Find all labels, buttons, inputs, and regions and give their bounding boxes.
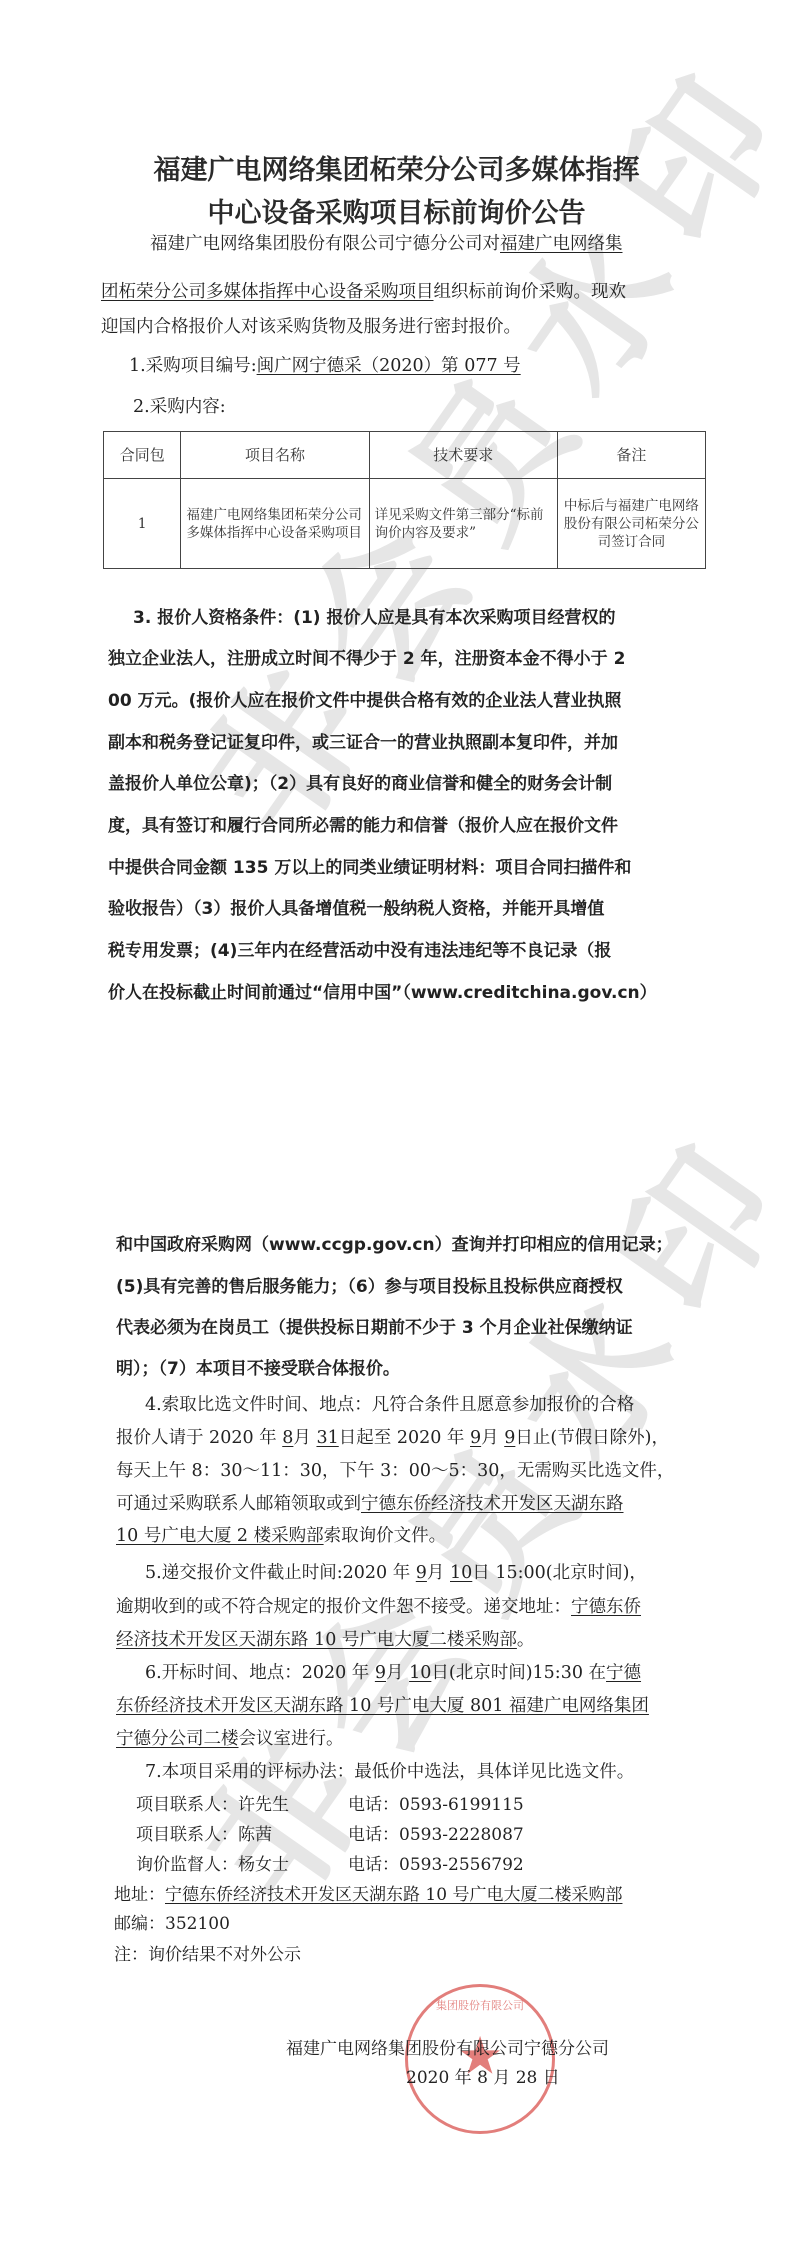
- text: 可通过采购联系人邮箱领取或到: [116, 1494, 361, 1514]
- address-underlined: 东侨经济技术开发区天湖东路 10 号广电大厦 801 福建广电网络集团: [116, 1696, 649, 1716]
- intro-line1: 福建广电网络集团股份有限公司宁德分公司对福建广电网络集: [150, 232, 623, 256]
- section3-line: 验收报告）（3）报价人具备增值税一般纳税人资格，并能开具增值: [108, 897, 604, 921]
- text: 报价人请于 2020 年: [116, 1428, 277, 1448]
- table-cell-requirement: 详见采购文件第三部分“标前询价内容及要求”: [369, 479, 557, 569]
- text: 6.开标时间、地点：2020 年: [145, 1663, 369, 1683]
- section6-line1: 6.开标时间、地点：2020 年 9月 10日(北京时间)15:30 在宁德: [145, 1661, 641, 1685]
- section3-continued-line: 明）；（7）本项目不接受联合体报价。: [116, 1357, 400, 1381]
- section3-line: 价人在投标截止时间前通过“信用中国”（www.creditchina.gov.c…: [108, 981, 657, 1005]
- address-underlined: 宁德分公司二楼: [116, 1729, 239, 1749]
- section5-line3: 经济技术开发区天湖东路 10 号广电大厦二楼采购部。: [116, 1628, 534, 1652]
- text: 日(北京时间)15:30 在: [431, 1663, 606, 1683]
- table-header: 技术要求: [369, 432, 557, 479]
- text: 索取询价文件。: [324, 1526, 447, 1546]
- table-cell-package: 1: [104, 479, 181, 569]
- section3-continued-line: (5)具有完善的售后服务能力；（6）参与项目投标且投标供应商授权: [116, 1275, 623, 1299]
- address-underlined: 宁德东侨: [571, 1597, 641, 1617]
- section3-line: 中提供合同金额 135 万以上的同类业绩证明材料：项目合同扫描件和: [108, 856, 631, 880]
- section3-line: 税专用发票；(4)三年内在经营活动中没有违法违纪等不良记录（报: [108, 939, 611, 963]
- section4-line4: 可通过采购联系人邮箱领取或到宁德东侨经济技术开发区天湖东路: [116, 1492, 624, 1516]
- section4-line5: 10 号广电大厦 2 楼采购部索取询价文件。: [116, 1524, 446, 1548]
- project-number-value: 闽广网宁德采（2020）第 077 号: [257, 356, 521, 376]
- section6-line3: 宁德分公司二楼会议室进行。: [116, 1727, 344, 1751]
- section6-line2: 东侨经济技术开发区天湖东路 10 号广电大厦 801 福建广电网络集团: [116, 1694, 649, 1718]
- project-name-underlined: 团柘荣分公司多媒体指挥中心设备采购项目: [101, 282, 434, 302]
- intro-line2: 团柘荣分公司多媒体指挥中心设备采购项目组织标前询价采购。现欢: [101, 280, 626, 304]
- contact-phone: 电话：0593-2556792: [348, 1853, 524, 1877]
- section3-line: 盖报价人单位公章)；（2）具有良好的商业信誉和健全的财务会计制: [108, 772, 612, 796]
- date-month: 9: [375, 1663, 386, 1683]
- document-title-line1: 福建广电网络集团柘荣分公司多媒体指挥: [0, 150, 793, 192]
- section1-project-number: 1.采购项目编号:闽广网宁德采（2020）第 077 号: [129, 354, 521, 378]
- address-underlined: 10 号广电大厦 2 楼采购部: [116, 1526, 324, 1546]
- address-underlined: 宁德东侨经济技术开发区天湖东路: [361, 1494, 624, 1514]
- contact-phone: 电话：0593-2228087: [348, 1823, 524, 1847]
- date-day: 10: [409, 1663, 431, 1683]
- text: 日止(节假日除外)，: [515, 1428, 669, 1448]
- section3-line: 副本和税务登记证复印件，或三证合一的营业执照副本复印件，并加: [108, 731, 618, 755]
- table-header: 备注: [557, 432, 705, 479]
- address-underlined: 经济技术开发区天湖东路 10 号广电大厦二楼采购部: [116, 1630, 517, 1650]
- date-day: 31: [316, 1428, 338, 1448]
- text: 。: [517, 1630, 535, 1650]
- signature-company: 福建广电网络集团股份有限公司宁德分公司: [286, 2037, 609, 2061]
- section3-continued-line: 和中国政府采购网（www.ccgp.gov.cn）查询并打印相应的信用记录；: [116, 1233, 673, 1257]
- date-month: 8: [282, 1428, 293, 1448]
- section5-line1: 5.递交报价文件截止时间:2020 年 9月 10日 15:00(北京时间)，: [145, 1561, 647, 1585]
- contact-role: 项目联系人：陈茜: [136, 1823, 272, 1847]
- signature-date: 2020 年 8 月 28 日: [406, 2066, 560, 2090]
- date-month: 9: [470, 1428, 481, 1448]
- section3-line: 00 万元。(报价人应在报价文件中提供合格有效的企业法人营业执照: [108, 689, 621, 713]
- text: 月: [293, 1428, 311, 1448]
- text: 5.递交报价文件截止时间:2020 年: [145, 1563, 410, 1583]
- contact-phone: 电话：0593-6199115: [348, 1793, 524, 1817]
- text: 组织标前询价采购。现欢: [434, 282, 627, 302]
- document-title-line2: 中心设备采购项目标前询价公告: [0, 193, 793, 235]
- address-label: 地址：: [114, 1885, 165, 1905]
- section2-label: 2.采购内容:: [133, 395, 226, 419]
- section4-line3: 每天上午 8：30～11：30，下午 3：00～5：30，无需购买比选文件，: [116, 1459, 674, 1483]
- section3-line: 独立企业法人，注册成立时间不得少于 2 年，注册资本金不得小于 2: [108, 647, 625, 671]
- table-cell-remark: 中标后与福建广电网络股份有限公司柘荣分公司签订合同: [557, 479, 705, 569]
- section5-line2: 逾期收到的或不符合规定的报价文件恕不接受。递交地址：宁德东侨: [116, 1595, 641, 1619]
- seal-text: 集团股份有限公司: [408, 1997, 552, 2013]
- text: 会议室进行。: [239, 1729, 344, 1749]
- text: 月: [386, 1663, 404, 1683]
- procurement-table: 合同包 项目名称 技术要求 备注 1 福建广电网络集团柘荣分公司多媒体指挥中心设…: [103, 431, 706, 569]
- section3-continued-line: 代表必须为在岗员工（提供投标日期前不少于 3 个月企业社保缴纳证: [116, 1316, 633, 1340]
- table-row: 1 福建广电网络集团柘荣分公司多媒体指挥中心设备采购项目 详见采购文件第三部分“…: [104, 479, 706, 569]
- table-header: 合同包: [104, 432, 181, 479]
- address-underlined: 宁德: [606, 1663, 641, 1683]
- address-line: 地址：宁德东侨经济技术开发区天湖东路 10 号广电大厦二楼采购部: [114, 1883, 622, 1907]
- table-header-row: 合同包 项目名称 技术要求 备注: [104, 432, 706, 479]
- section4-line2: 报价人请于 2020 年 8月 31日起至 2020 年 9月 9日止(节假日除…: [116, 1426, 669, 1450]
- project-name-underlined: 福建广电网络集: [500, 234, 623, 254]
- intro-line3: 迎国内合格报价人对该采购货物及服务进行密封报价。: [101, 315, 521, 339]
- text: 日起至 2020 年: [339, 1428, 465, 1448]
- section4-line1: 4.索取比选文件时间、地点：凡符合条件且愿意参加报价的合格: [145, 1393, 634, 1417]
- address-value: 宁德东侨经济技术开发区天湖东路 10 号广电大厦二楼采购部: [165, 1885, 622, 1905]
- table-header: 项目名称: [181, 432, 369, 479]
- postcode: 邮编：352100: [114, 1912, 230, 1936]
- text: 福建广电网络集团股份有限公司宁德分公司对: [150, 234, 500, 254]
- note: 注：询价结果不对外公示: [114, 1943, 301, 1967]
- section3-line: 3. 报价人资格条件：(1) 报价人应是具有本次采购项目经营权的: [133, 606, 616, 630]
- section3-line: 度，具有签订和履行合同所必需的能力和信誉（报价人应在报价文件: [108, 814, 618, 838]
- section7-line1: 7.本项目采用的评标办法：最低价中选法，具体详见比选文件。: [145, 1760, 634, 1784]
- table-cell-name: 福建广电网络集团柘荣分公司多媒体指挥中心设备采购项目: [181, 479, 369, 569]
- text: 逾期收到的或不符合规定的报价文件恕不接受。递交地址：: [116, 1597, 571, 1617]
- contact-role: 询价监督人：杨女士: [136, 1853, 289, 1877]
- date-day: 10: [450, 1563, 472, 1583]
- project-number-label: 1.采购项目编号:: [129, 356, 257, 376]
- text: 月: [427, 1563, 445, 1583]
- text: 日 15:00(北京时间)，: [472, 1563, 647, 1583]
- text: 月: [481, 1428, 499, 1448]
- date-month: 9: [416, 1563, 427, 1583]
- contact-role: 项目联系人：许先生: [136, 1793, 289, 1817]
- date-day: 9: [504, 1428, 515, 1448]
